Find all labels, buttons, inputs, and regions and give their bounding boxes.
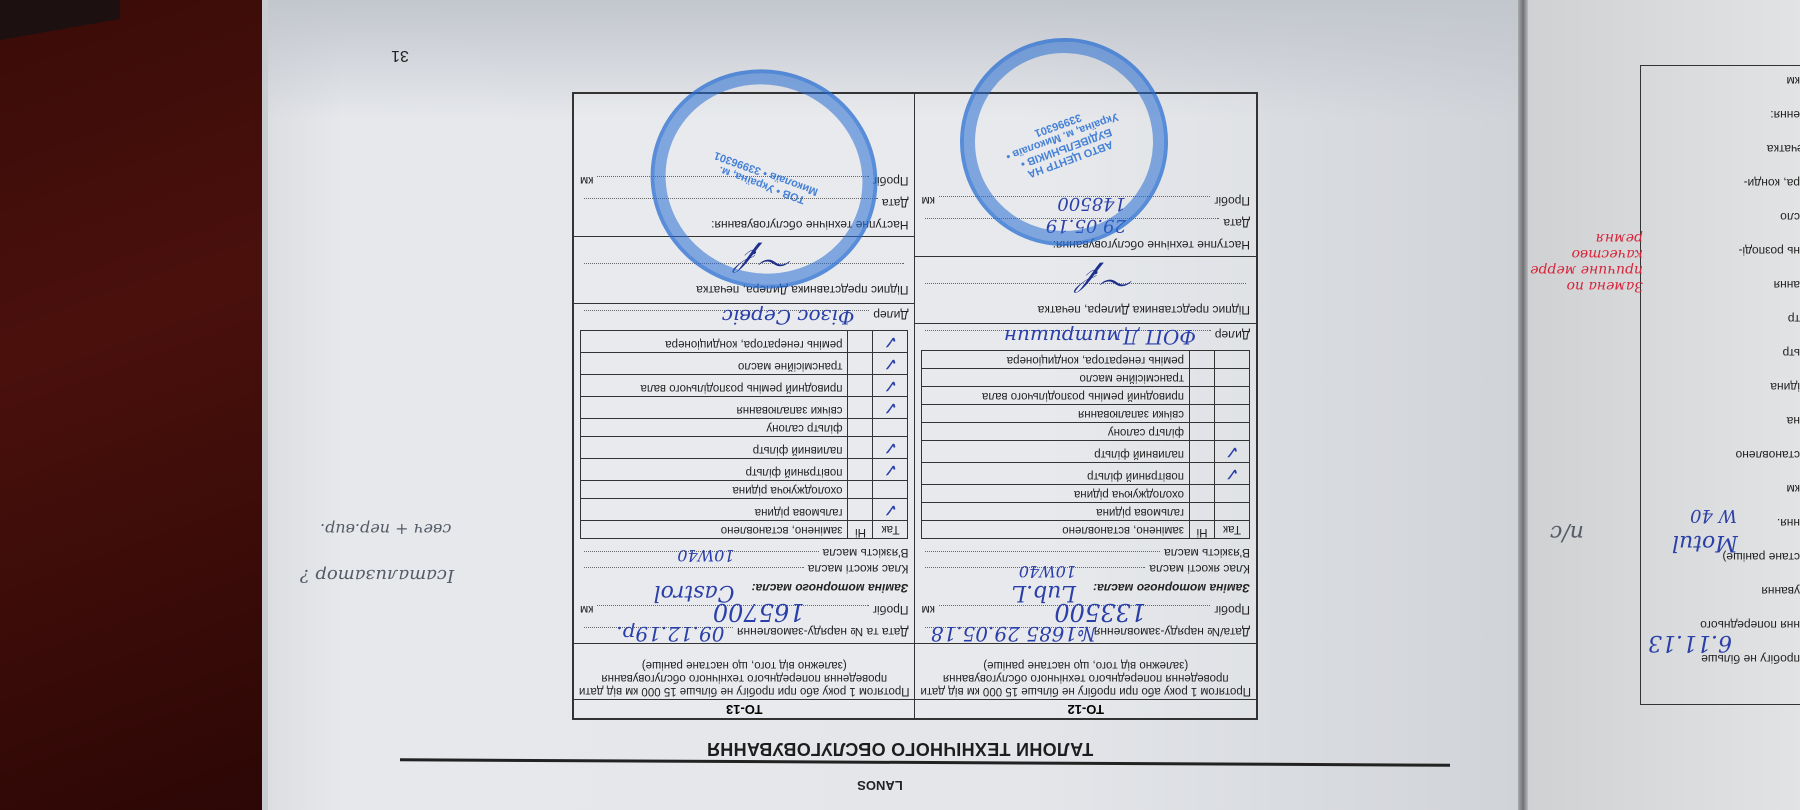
check-mark-icon: ✓ bbox=[883, 375, 898, 396]
checkbox-no[interactable] bbox=[848, 459, 873, 480]
oil-viscosity-field: В'язкість масла10W40 bbox=[574, 545, 915, 561]
mileage-field: Пробігкм165700 bbox=[574, 599, 915, 621]
checkbox-no[interactable] bbox=[848, 397, 873, 418]
table-row: ✓свічки запалювання bbox=[581, 396, 908, 418]
checkbox-yes[interactable]: ✓ bbox=[873, 459, 908, 480]
item-label: паливний фільтр bbox=[581, 437, 848, 458]
checkbox-yes[interactable]: ✓ bbox=[1214, 441, 1249, 462]
signature-area: Підпис представника Дилера, печатка〜𝒻 bbox=[916, 257, 1257, 324]
oil-brand-value: Castrol bbox=[654, 581, 735, 603]
desk-background bbox=[0, 0, 270, 810]
item-label: фільтр салону bbox=[581, 419, 848, 436]
pencil-note-catalyst: Ісатализатор ? bbox=[300, 565, 454, 586]
item-label: ремінь генератора, кондиціонера bbox=[581, 331, 848, 352]
item-label: гальмова рідина bbox=[581, 499, 848, 520]
right-page-text-fragment: ...ьтр bbox=[1647, 346, 1800, 360]
item-label: приводний ремінь розподільчого вала bbox=[923, 387, 1190, 404]
item-label: свічки запалювання bbox=[581, 397, 848, 418]
checkbox-no[interactable] bbox=[1189, 463, 1214, 484]
checkbox-yes[interactable] bbox=[1214, 387, 1249, 404]
item-label: гальмова рідина bbox=[923, 503, 1190, 520]
check-mark-icon: ✓ bbox=[883, 397, 898, 418]
coupon-header-to13: ТО-13 bbox=[574, 700, 916, 718]
right-page-visc: W 40 bbox=[1690, 505, 1737, 526]
right-page-text-fragment: ...тр bbox=[1647, 312, 1800, 326]
mileage-field: Пробігкм133500 bbox=[916, 599, 1257, 621]
photo-scene: 31 LANOS ТАЛОНИ ТЕХНІЧНОГО ОБСЛУГОВУВАНН… bbox=[0, 0, 1800, 810]
dealer-value: ФОП Дмитришин bbox=[1004, 326, 1196, 348]
oil-class-field: Клас якості масла bbox=[574, 561, 915, 577]
checkbox-no[interactable] bbox=[1189, 351, 1214, 368]
oil-change-field: Заміна моторного масла:Castrol bbox=[574, 577, 915, 599]
check-mark-icon: ✓ bbox=[883, 353, 898, 374]
table-row: приводний ремінь розподільчого вала bbox=[923, 386, 1250, 404]
checkbox-yes[interactable]: ✓ bbox=[873, 375, 908, 396]
table-row: охолоджуюча рідина bbox=[581, 480, 908, 498]
checkbox-yes[interactable]: ✓ bbox=[873, 353, 908, 374]
checkbox-no[interactable] bbox=[848, 375, 873, 396]
checkbox-yes[interactable] bbox=[1214, 485, 1249, 502]
order-value: №1685 29.05.18 bbox=[931, 623, 1096, 645]
item-label: приводний ремінь розподільчого вала bbox=[581, 375, 848, 396]
checkbox-yes[interactable] bbox=[1214, 351, 1249, 368]
item-label: паливний фільтр bbox=[923, 441, 1190, 462]
oil-viscosity-field: В'язкість масла bbox=[916, 545, 1257, 561]
checkbox-no[interactable] bbox=[1189, 387, 1214, 404]
oil-class-field: Клас якості масла10W40 bbox=[916, 561, 1257, 577]
red-note-belt-replaced: Замена по причине мерре качество ремня bbox=[1528, 230, 1643, 294]
brand-label: LANOS bbox=[820, 775, 940, 793]
table-row: ✓паливний фільтр bbox=[581, 436, 908, 458]
right-page-text-fragment: ...на bbox=[1647, 414, 1800, 428]
check-mark-icon: ✓ bbox=[1224, 441, 1239, 462]
item-label: ремінь генератора, кондиціонера bbox=[923, 351, 1190, 368]
table-row: ✓приводний ремінь розподільчого вала bbox=[581, 374, 908, 396]
page-number: 31 bbox=[385, 44, 415, 64]
coupon-headers: ТО-12 ТО-13 bbox=[574, 699, 1256, 718]
check-mark-icon: ✓ bbox=[1224, 463, 1239, 484]
right-page-text-fragment: ...ування bbox=[1647, 584, 1800, 598]
check-mark-icon: ✓ bbox=[883, 331, 898, 352]
right-page-form-fragment: ...км...ення:печатка...ра, конди-...сло.… bbox=[1640, 65, 1800, 705]
checkbox-yes[interactable] bbox=[1214, 405, 1249, 422]
item-label: охолоджуюча рідина bbox=[581, 481, 848, 498]
table-row: ✓повітряний фільтр bbox=[581, 458, 908, 480]
right-page-text-fragment: ...нь розподі- bbox=[1647, 244, 1800, 258]
item-label: охолоджуюча рідина bbox=[923, 485, 1190, 502]
pencil-mark-right: п/с bbox=[1550, 520, 1584, 545]
checkbox-no[interactable] bbox=[1189, 441, 1214, 462]
checkbox-yes[interactable] bbox=[1214, 503, 1249, 520]
checkbox-no[interactable] bbox=[1189, 485, 1214, 502]
item-label: повітряний фільтр bbox=[581, 459, 848, 480]
right-page-text-fragment: ...ра, конди- bbox=[1647, 176, 1800, 190]
table-row: ✓трансмісійне масло bbox=[581, 352, 908, 374]
right-page-text-fragment: ...км bbox=[1647, 482, 1800, 496]
dealer-value: Фізос Сервіс bbox=[722, 306, 855, 328]
table-row: ремінь генератора, кондиціонера bbox=[923, 351, 1250, 368]
oil-viscosity-value: 10W40 bbox=[677, 547, 734, 563]
oil-class-value: 10W40 bbox=[1019, 563, 1076, 579]
right-page-text-fragment: ...сло bbox=[1647, 210, 1800, 224]
table-row: гальмова рідина bbox=[923, 502, 1250, 520]
item-label: свічки запалювання bbox=[923, 405, 1190, 422]
checkbox-no[interactable] bbox=[1189, 369, 1214, 386]
checkbox-yes[interactable]: ✓ bbox=[1214, 463, 1249, 484]
item-label: повітряний фільтр bbox=[923, 463, 1190, 484]
coupon-header-to12: ТО-12 bbox=[916, 700, 1257, 718]
signature: 〜𝒻 bbox=[1087, 260, 1136, 309]
checkbox-yes[interactable] bbox=[873, 481, 908, 498]
checkbox-no[interactable] bbox=[848, 353, 873, 374]
checkbox-no[interactable] bbox=[1189, 423, 1214, 440]
table-header: ТакНізамінено, встановлено bbox=[581, 520, 908, 538]
replaced-items-table: ТакНізамінено, встановлено✓гальмова ріди… bbox=[580, 330, 909, 539]
checkbox-no[interactable] bbox=[848, 481, 873, 498]
table-row: ✓паливний фільтр bbox=[923, 440, 1250, 462]
right-page-text-fragment: ...км bbox=[1647, 74, 1800, 88]
check-mark-icon: ✓ bbox=[883, 437, 898, 458]
checkbox-yes[interactable]: ✓ bbox=[873, 397, 908, 418]
right-page-oil: Motul bbox=[1672, 530, 1738, 555]
right-page-text-fragment: печатка bbox=[1647, 142, 1800, 156]
coupon-condition: Протягом 1 року або при пробігу не більш… bbox=[574, 643, 915, 699]
table-row: свічки запалювання bbox=[923, 404, 1250, 422]
replaced-items-table: ТакНізамінено, встановленогальмова рідин… bbox=[922, 350, 1251, 539]
checkbox-no[interactable] bbox=[848, 419, 873, 436]
checkbox-no[interactable] bbox=[1189, 503, 1214, 520]
right-page-text-fragment: ...ання bbox=[1647, 278, 1800, 292]
checkbox-yes[interactable] bbox=[1214, 369, 1249, 386]
coupon-condition: Протягом 1 року або при пробігу не більш… bbox=[916, 643, 1257, 699]
table-row: охолоджуюча рідина bbox=[923, 484, 1250, 502]
table-row: ✓гальмова рідина bbox=[581, 498, 908, 520]
checkbox-no[interactable] bbox=[848, 499, 873, 520]
checkbox-no[interactable] bbox=[1189, 405, 1214, 422]
order-value: 09.12.19р. bbox=[616, 623, 724, 645]
desk-corner bbox=[0, 0, 120, 40]
checkbox-yes[interactable] bbox=[1214, 423, 1249, 440]
page-title: ТАЛОНИ ТЕХНІЧНОГО ОБСЛУГОВУВАННЯ bbox=[600, 735, 1200, 759]
checkbox-yes[interactable]: ✓ bbox=[873, 331, 908, 352]
checkbox-yes[interactable]: ✓ bbox=[873, 499, 908, 520]
pencil-note-plugs: свеч + пер.вир. bbox=[320, 520, 451, 539]
item-label: фільтр салону bbox=[923, 423, 1190, 440]
item-label: трансмісійне масло bbox=[581, 353, 848, 374]
dealer-field: ДилерФізос Сервіс bbox=[574, 304, 915, 326]
check-mark-icon: ✓ bbox=[883, 459, 898, 480]
table-row: фільтр салону bbox=[581, 418, 908, 436]
table-header: ТакНізамінено, встановлено bbox=[923, 520, 1250, 538]
table-row: трансмісійне масло bbox=[923, 368, 1250, 386]
table-row: фільтр салону bbox=[923, 422, 1250, 440]
oil-brand-value: Lub.L bbox=[1012, 581, 1076, 603]
right-page-text-fragment: ...становлено bbox=[1647, 448, 1800, 462]
checkbox-yes[interactable] bbox=[873, 419, 908, 436]
checkbox-no[interactable] bbox=[848, 331, 873, 352]
right-page-date: 6.11.13 bbox=[1648, 630, 1732, 655]
dealer-field: ДилерФОП Дмитришин bbox=[916, 324, 1257, 346]
table-row: ✓ремінь генератора, кондиціонера bbox=[581, 331, 908, 352]
checkbox-yes[interactable]: ✓ bbox=[873, 437, 908, 458]
checkbox-no[interactable] bbox=[848, 437, 873, 458]
item-label: трансмісійне масло bbox=[923, 369, 1190, 386]
right-page-text-fragment: ...ідина bbox=[1647, 380, 1800, 394]
check-mark-icon: ✓ bbox=[883, 499, 898, 520]
right-page-text-fragment: ...ення: bbox=[1647, 108, 1800, 122]
oil-change-field: Заміна моторного масла:Lub.L bbox=[916, 577, 1257, 599]
table-row: ✓повітряний фільтр bbox=[923, 462, 1250, 484]
booklet-spine bbox=[1518, 0, 1528, 810]
